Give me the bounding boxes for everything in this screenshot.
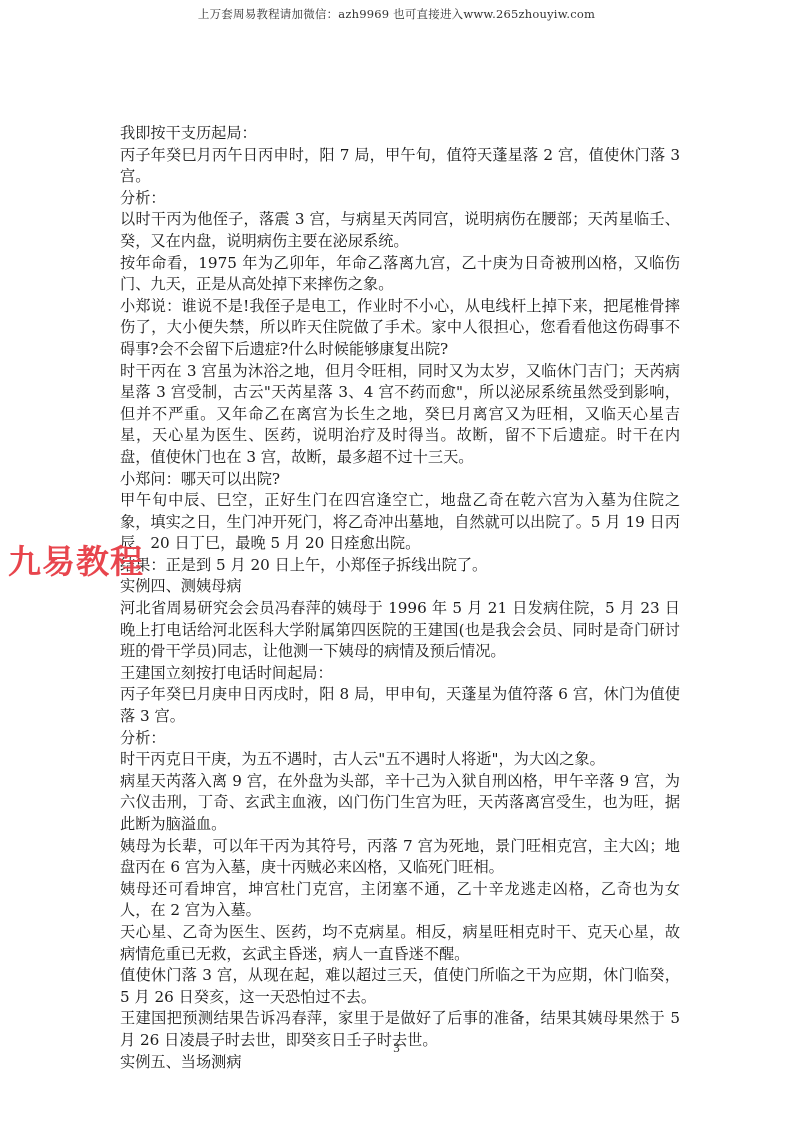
paragraph: 小郑说：谁说不是!我侄子是电工，作业时不小心，从电线杆上掉下来，把尾椎骨摔伤了，… xyxy=(120,296,680,361)
paragraph: 丙子年癸巳月丙午日丙申时，阳 7 局，甲午旬，值符天蓬星落 2 宫，值使休门落 … xyxy=(120,145,680,188)
document-body: 我即按干支历起局： 丙子年癸巳月丙午日丙申时，阳 7 局，甲午旬，值符天蓬星落 … xyxy=(120,123,680,1073)
paragraph: 姨母为长辈，可以年干丙为其符号，丙落 7 宫为死地，景门旺相克宫，主大凶；地盘丙… xyxy=(120,836,680,879)
paragraph: 按年命看，1975 年为乙卯年，年命乙落离九宫，乙十庚为日奇被刑凶格，又临伤门、… xyxy=(120,253,680,296)
paragraph: 分析： xyxy=(120,188,680,210)
paragraph: 结果：正是到 5 月 20 日上午，小郑侄子拆线出院了。 xyxy=(120,555,680,577)
paragraph: 病星天芮落入离 9 宫，在外盘为头部，辛十己为入狱自刑凶格，甲午辛落 9 宫，为… xyxy=(120,771,680,836)
paragraph: 天心星、乙奇为医生、医药，均不克病星。相反，病星旺相克时干、克天心星，故病情危重… xyxy=(120,922,680,965)
paragraph: 丙子年癸巳月庚申日丙戌时，阳 8 局，甲申旬，天蓬星为值符落 6 宫，休门为值使… xyxy=(120,684,680,727)
paragraph: 甲午旬中辰、巳空，正好生门在四宫逢空亡，地盘乙奇在乾六宫为入墓为住院之象，填实之… xyxy=(120,490,680,555)
section-heading: 实例四、测姨母病 xyxy=(120,576,680,598)
paragraph: 时干丙克日干庚，为五不遇时，古人云"五不遇时人将逝"，为大凶之象。 xyxy=(120,749,680,771)
paragraph: 值使休门落 3 宫，从现在起，难以超过三天，值使门所临之干为应期，休门临癸，5 … xyxy=(120,965,680,1008)
page-header-banner: 上万套周易教程请加微信：azh9969 也可直接进入www.265zhouyiw… xyxy=(0,6,793,22)
paragraph: 河北省周易研究会会员冯春萍的姨母于 1996 年 5 月 21 日发病住院，5 … xyxy=(120,598,680,663)
paragraph: 姨母还可看坤宫，坤宫杜门克宫，主闭塞不通，乙十辛龙逃走凶格，乙奇也为女人，在 2… xyxy=(120,879,680,922)
paragraph: 王建国立刻按打电话时间起局： xyxy=(120,663,680,685)
paragraph: 分析： xyxy=(120,728,680,750)
paragraph: 时干丙在 3 宫虽为沐浴之地，但月令旺相，同时又为太岁，又临休门吉门；天芮病星落… xyxy=(120,361,680,469)
paragraph: 小郑问：哪天可以出院? xyxy=(120,469,680,491)
paragraph: 以时干丙为他侄子，落震 3 宫，与病星天芮同宫，说明病伤在腰部；天芮星临壬、癸，… xyxy=(120,209,680,252)
watermark-logo: 九易教程 xyxy=(8,542,144,582)
paragraph: 我即按干支历起局： xyxy=(120,123,680,145)
page-number: 3 xyxy=(0,1040,793,1056)
